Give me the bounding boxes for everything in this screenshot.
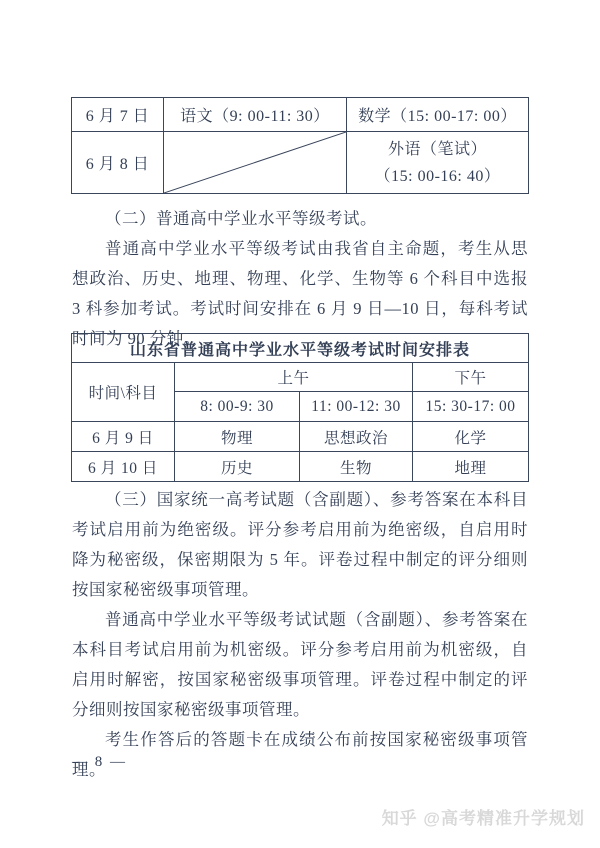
page-number: — 8 — xyxy=(72,751,127,773)
document-page: 6 月 7 日 语文（9: 00-11: 30） 数学（15: 00-17: 0… xyxy=(0,0,600,848)
time-slot-cell: 8: 00-9: 30 xyxy=(175,392,300,422)
subject-cell: 物理 xyxy=(175,422,300,452)
exam-date-cell: 6 月 8 日 xyxy=(72,132,164,194)
time-slot-cell: 15: 30-17: 00 xyxy=(413,392,529,422)
table-row: 6 月 8 日 外语（笔试） （15: 00-16: 40） xyxy=(72,132,529,194)
empty-slash-cell xyxy=(164,132,347,194)
exam-date-cell: 6 月 7 日 xyxy=(72,98,164,132)
section-2-block: （二）普通高中学业水平等级考试。 普通高中学业水平等级考试由我省自主命题，考生从… xyxy=(72,204,528,354)
morning-header-cell: 上午 xyxy=(175,363,413,392)
exam-subject-cell: 语文（9: 00-11: 30） xyxy=(164,98,347,132)
exam-date-cell: 6 月 10 日 xyxy=(72,452,175,482)
exam-subject-cell: 外语（笔试） （15: 00-16: 40） xyxy=(347,132,529,194)
section-3-block: （三）国家统一高考试题（含副题）、参考答案在本科目考试启用前为绝密级。评分参考启… xyxy=(72,485,528,785)
exam-date-cell: 6 月 9 日 xyxy=(72,422,175,452)
table-title-row: 山东省普通高中学业水平等级考试时间安排表 xyxy=(72,334,529,363)
subject-cell: 思想政治 xyxy=(300,422,413,452)
grade-exam-schedule-table: 山东省普通高中学业水平等级考试时间安排表 时间\科目 上午 下午 8: 00-9… xyxy=(71,333,529,482)
afternoon-header-cell: 下午 xyxy=(413,363,529,392)
subject-cell: 历史 xyxy=(175,452,300,482)
watermark-text: 知乎 @高考精准升学规划 xyxy=(382,808,585,830)
diagonal-slash-line xyxy=(164,132,346,193)
section-3-paragraph-2: 普通高中学业水平等级考试试题（含副题）、参考答案在本科目考试启用前为机密级。评分… xyxy=(72,605,528,725)
exam-time-line: （15: 00-16: 40） xyxy=(349,163,526,190)
subject-cell: 生物 xyxy=(300,452,413,482)
table-row: 6 月 7 日 语文（9: 00-11: 30） 数学（15: 00-17: 0… xyxy=(72,98,529,132)
exam-subject-cell: 数学（15: 00-17: 00） xyxy=(347,98,529,132)
table-row: 6 月 9 日 物理 思想政治 化学 xyxy=(72,422,529,452)
subject-cell: 化学 xyxy=(413,422,529,452)
corner-label-cell: 时间\科目 xyxy=(72,363,175,422)
section-2-heading: （二）普通高中学业水平等级考试。 xyxy=(72,204,528,234)
unified-exam-schedule-table: 6 月 7 日 语文（9: 00-11: 30） 数学（15: 00-17: 0… xyxy=(71,97,529,194)
section-3-paragraph-3: 考生作答后的答题卡在成绩公布前按国家秘密级事项管理。 xyxy=(72,725,528,785)
table-header-row: 时间\科目 上午 下午 xyxy=(72,363,529,392)
section-3-paragraph-1: （三）国家统一高考试题（含副题）、参考答案在本科目考试启用前为绝密级。评分参考启… xyxy=(72,485,528,605)
subject-cell: 地理 xyxy=(413,452,529,482)
time-slot-cell: 11: 00-12: 30 xyxy=(300,392,413,422)
schedule-table-title: 山东省普通高中学业水平等级考试时间安排表 xyxy=(72,334,529,363)
exam-subject-line: 外语（笔试） xyxy=(349,136,526,163)
table-row: 6 月 10 日 历史 生物 地理 xyxy=(72,452,529,482)
